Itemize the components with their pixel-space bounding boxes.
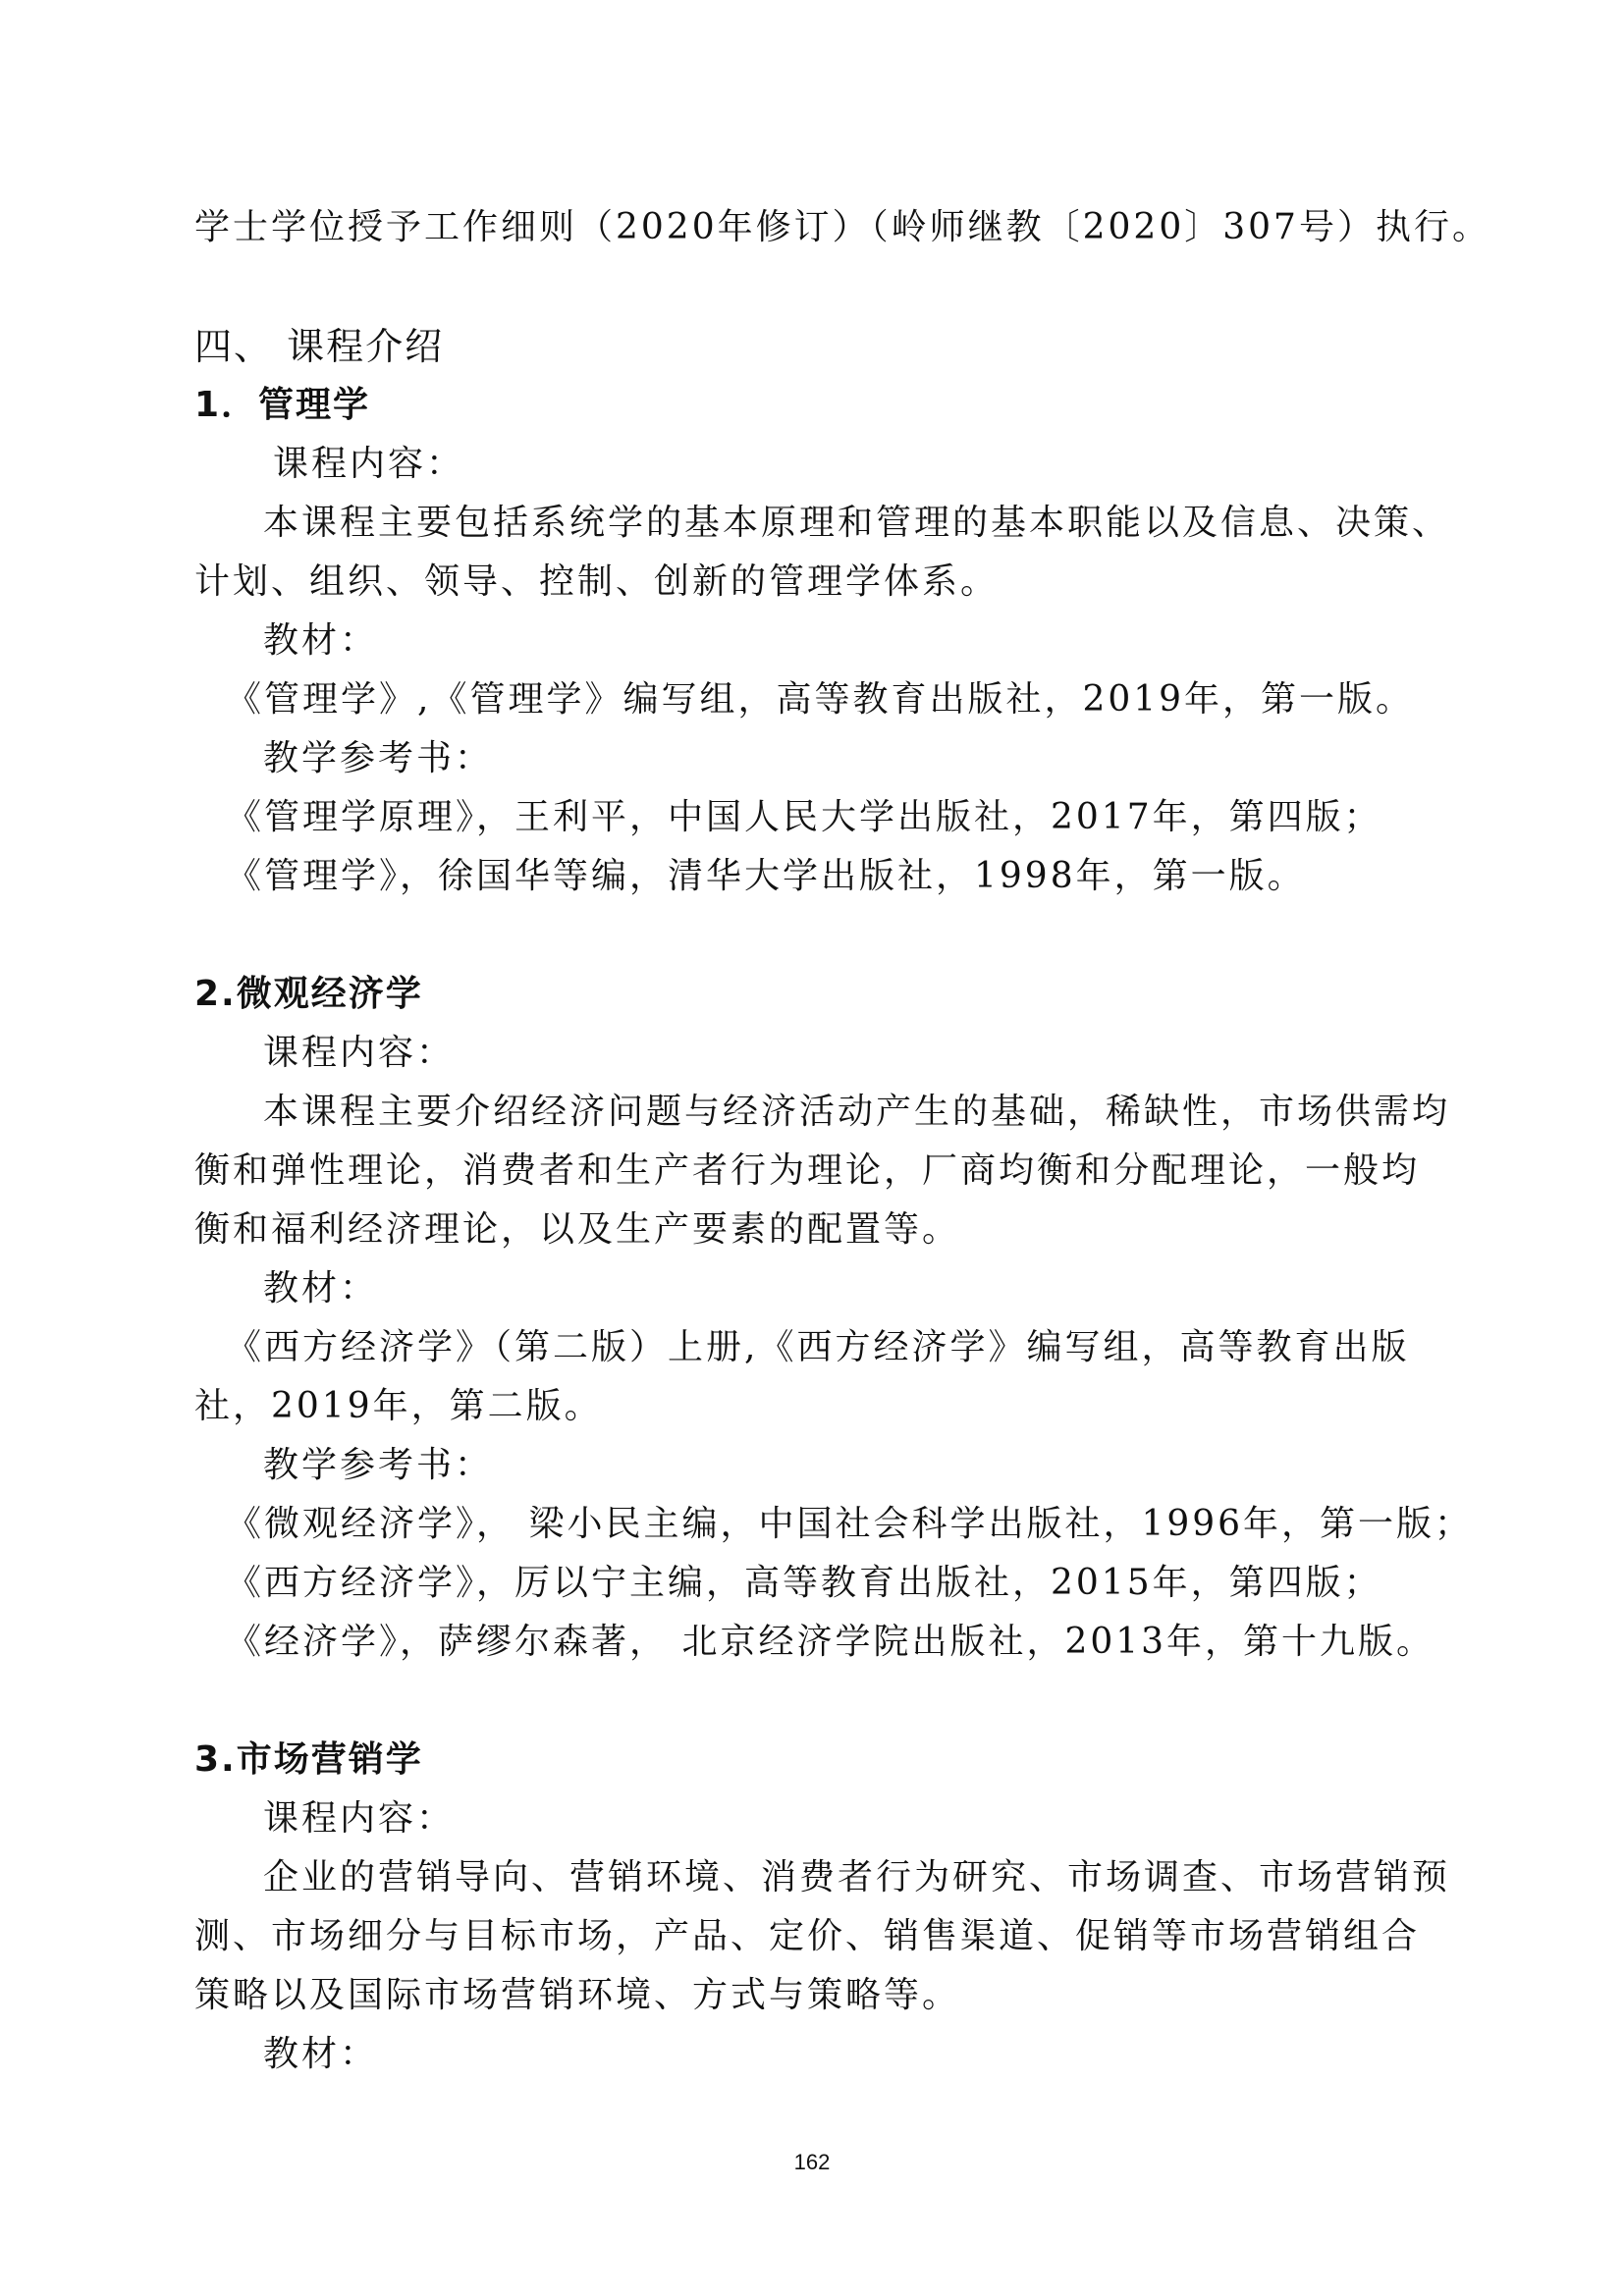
content-line: 本课程主要包括系统学的基本原理和管理的基本职能以及信息、决策、	[263, 504, 1450, 543]
content-label: 课程内容：	[273, 445, 464, 484]
page-number: 162	[0, 2150, 1624, 2175]
reference-line: 《微观经济学》， 梁小民主编，中国社会科学出版社，1996年，第一版；	[226, 1505, 1473, 1544]
course-title: 1．管理学	[194, 386, 370, 425]
textbook-label: 教材：	[263, 1269, 378, 1308]
reference-line: 《管理学》，徐国华等编，清华大学出版社，1998年，第一版。	[226, 857, 1306, 896]
content-line: 本课程主要介绍经济问题与经济活动产生的基础，稀缺性，市场供需均	[263, 1093, 1450, 1132]
content-line: 计划、组织、领导、控制、创新的管理学体系。	[194, 562, 999, 602]
content-line: 策略以及国际市场营销环境、方式与策略等。	[194, 1976, 960, 2015]
reference-line: 《西方经济学》，厉以宁主编，高等教育出版社，2015年，第四版；	[226, 1564, 1382, 1603]
reference-label: 教学参考书：	[263, 739, 493, 778]
content-line: 衡和弹性理论，消费者和生产者行为理论，厂商均衡和分配理论，一般均	[194, 1151, 1420, 1191]
course-title: 3.市场营销学	[194, 1740, 423, 1780]
textbook-line: 《西方经济学》（第二版）上册,《西方经济学》编写组，高等教育出版	[226, 1328, 1409, 1367]
textbook-line: 《管理学》,《管理学》编写组，高等教育出版社，2019年，第一版。	[226, 680, 1414, 720]
textbook-label: 教材：	[263, 621, 378, 661]
reference-label: 教学参考书：	[263, 1446, 493, 1485]
content-label: 课程内容：	[263, 1799, 455, 1839]
reference-line: 《管理学原理》，王利平，中国人民大学出版社，2017年，第四版；	[226, 798, 1382, 837]
content-line: 测、市场细分与目标市场，产品、定价、销售渠道、促销等市场营销组合	[194, 1917, 1420, 1956]
continued-paragraph: 学士学位授予工作细则（2020年修订）（岭师继教〔2020〕307号）执行。	[194, 208, 1490, 247]
reference-line: 《经济学》，萨缪尔森著， 北京经济学院出版社，2013年，第十九版。	[226, 1623, 1435, 1662]
content-line: 衡和福利经济理论，以及生产要素的配置等。	[194, 1210, 960, 1250]
course-title: 2.微观经济学	[194, 975, 423, 1014]
textbook-line: 社，2019年，第二版。	[194, 1387, 603, 1426]
content-line: 企业的营销导向、营销环境、消费者行为研究、市场调查、市场营销预	[263, 1858, 1450, 1897]
textbook-label: 教材：	[263, 2035, 378, 2074]
section-heading: 四、 课程介绍	[194, 327, 444, 366]
content-label: 课程内容：	[263, 1034, 455, 1073]
